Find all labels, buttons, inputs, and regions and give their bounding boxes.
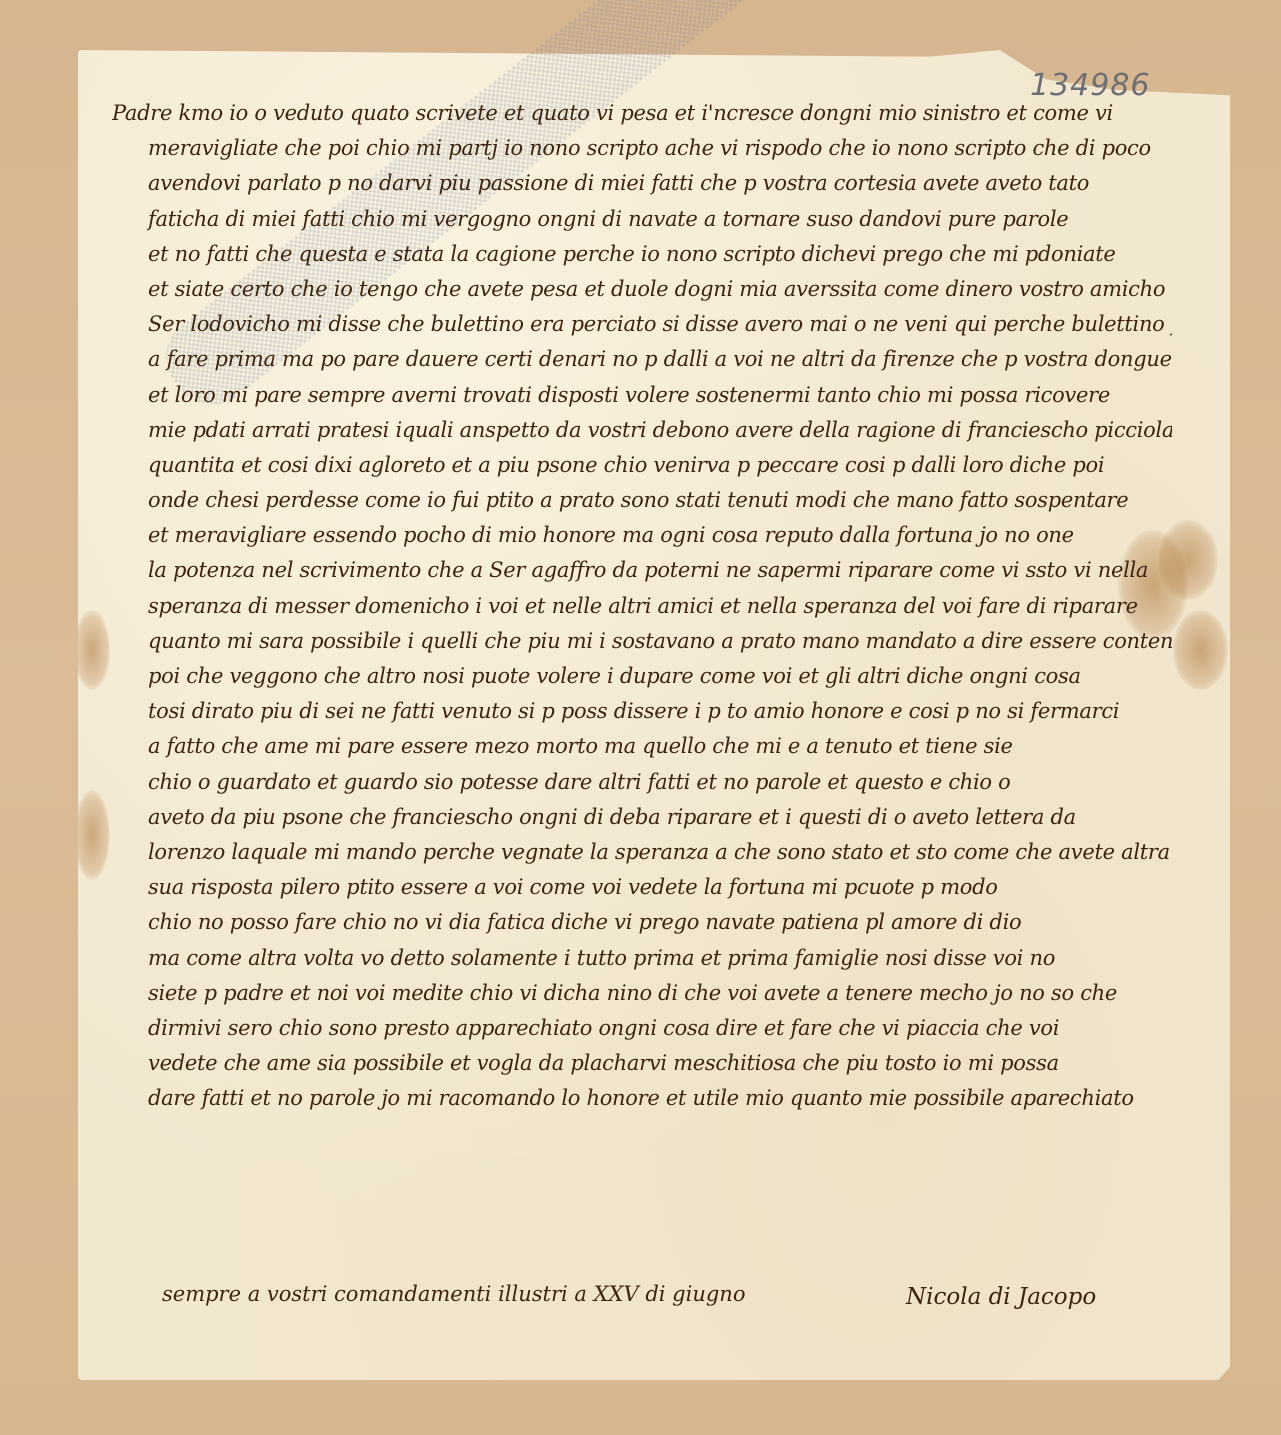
letter-line: Ser lodovicho mi disse che bulettino era… bbox=[112, 307, 1172, 342]
letter-line: a fatto che ame mi pare essere mezo mort… bbox=[112, 729, 1172, 764]
letter-line: vedete che ame sia possibile et vogla da… bbox=[112, 1046, 1172, 1081]
wax-stain-right-3 bbox=[1173, 610, 1228, 690]
letter-line: tosi dirato piu di sei ne fatti venuto s… bbox=[112, 694, 1172, 729]
letter-line: meravigliate che poi chio mi partj io no… bbox=[112, 131, 1172, 166]
letter-line: ma come altra volta vo detto solamente i… bbox=[112, 941, 1172, 976]
letter-line: aveto da piu psone che franciescho ongni… bbox=[112, 800, 1172, 835]
letter-line: et siate certo che io tengo che avete pe… bbox=[112, 272, 1172, 307]
letter-line: faticha di miei fatti chio mi vergogno o… bbox=[112, 202, 1172, 237]
signature: Nicola di Jacopo bbox=[906, 1284, 1096, 1310]
letter-line: la potenza nel scrivimento che a Ser aga… bbox=[112, 553, 1172, 588]
closing-line: sempre a vostri comandamenti illustri a … bbox=[162, 1282, 745, 1306]
letter-line: et loro mi pare sempre averni trovati di… bbox=[112, 378, 1172, 413]
letter-line: speranza di messer domenicho i voi et ne… bbox=[112, 589, 1172, 624]
letter-line: et meravigliare essendo pocho di mio hon… bbox=[112, 518, 1172, 553]
letter-line: sua risposta pilero ptito essere a voi c… bbox=[112, 870, 1172, 905]
letter-line: avendovi parlato p no darvi piu passione… bbox=[112, 166, 1172, 201]
letter-line: Padre kmo io o veduto quato scrivete et … bbox=[112, 96, 1172, 131]
letter-line: quantita et cosi dixi agloreto et a piu … bbox=[112, 448, 1172, 483]
letter-line: a fare prima ma po pare dauere certi den… bbox=[112, 342, 1172, 377]
letter-line: chio no posso fare chio no vi dia fatica… bbox=[112, 905, 1172, 940]
water-stain-left-upper bbox=[74, 610, 110, 690]
letter-line: dirmivi sero chio sono presto apparechia… bbox=[112, 1011, 1172, 1046]
water-stain-left-lower bbox=[74, 790, 110, 880]
letter-line: onde chesi perdesse come io fui ptito a … bbox=[112, 483, 1172, 518]
letter-line: quanto mi sara possibile i quelli che pi… bbox=[112, 624, 1172, 659]
letter-line: dare fatti et no parole jo mi racomando … bbox=[112, 1081, 1172, 1116]
letter-line: et no fatti che questa e stata la cagion… bbox=[112, 237, 1172, 272]
letter-line: chio o guardato et guardo sio potesse da… bbox=[112, 765, 1172, 800]
letter-line: lorenzo laquale mi mando perche vegnate … bbox=[112, 835, 1172, 870]
letter-line: poi che veggono che altro nosi puote vol… bbox=[112, 659, 1172, 694]
letter-body: Padre kmo io o veduto quato scrivete et … bbox=[112, 96, 1172, 1116]
letter-line: siete p padre et noi voi medite chio vi … bbox=[112, 976, 1172, 1011]
letter-line: mie pdati arrati pratesi iquali anspetto… bbox=[112, 413, 1172, 448]
